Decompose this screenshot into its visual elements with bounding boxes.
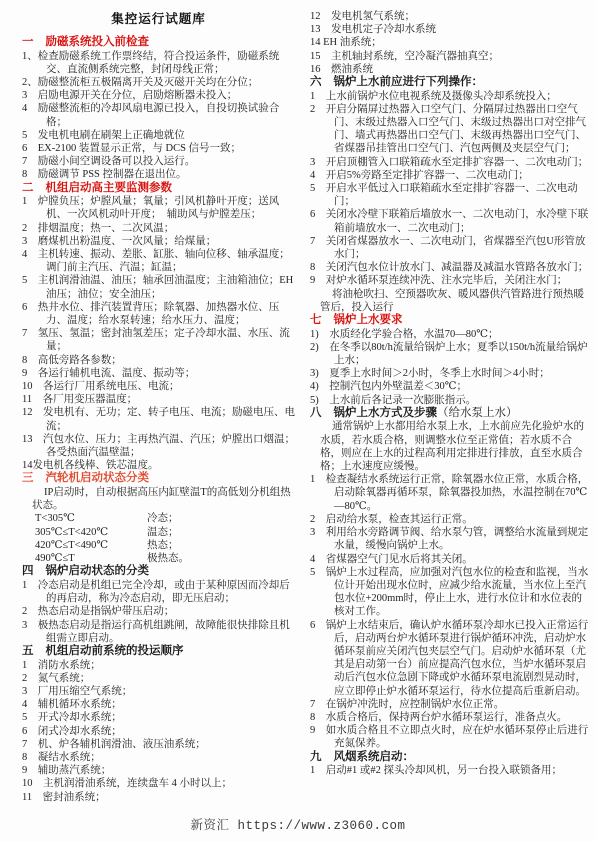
list-item: 5 开式冷却水系统； xyxy=(22,711,295,724)
list-item: 13 汽包水位、压力；主再热汽温、汽压；炉膛出口烟温；各受热面汽温壁温； xyxy=(22,433,295,459)
list-item: 3 厂用压缩空气系统； xyxy=(22,685,295,698)
section-number: 六 xyxy=(310,76,322,90)
section-title: 锅炉上水方式及步骤 xyxy=(334,407,438,419)
list-item: 3) 夏季上水时间＞2小时，冬季上水时间＞4小时； xyxy=(310,367,590,380)
list-item: 9 各运行辅机电流、温度、振动等； xyxy=(22,367,295,380)
section-number: 一 xyxy=(22,36,34,50)
section-title: 励磁系统投入前检查 xyxy=(46,36,150,48)
left-column: 一励磁系统投入前检查1、检查励磁系统工作票终结，符合投运条件，励磁系统交、直流侧… xyxy=(22,36,295,804)
temp-condition: T<305℃ xyxy=(35,512,147,525)
section-title: 锅炉上水要求 xyxy=(334,314,403,326)
list-item: 8 凝结水系统； xyxy=(22,751,295,764)
list-item: 10 主机润滑油系统，连续盘车 4 小时以上； xyxy=(22,777,295,790)
section-title-suffix: （给水泵上水） xyxy=(437,407,518,419)
right-column: 12 发电机氢气系统；13 发电机定子冷却水系统14 EH 油系统；15 主机轴… xyxy=(310,10,590,777)
list-item: 2 开启分隔屏过热器入口空气门、分隔屏过热器出口空气门、末级过热器入口空气门、末… xyxy=(310,103,590,156)
list-item: 4 开启5%旁路至定排扩容器一、二次电动门； xyxy=(310,169,590,182)
list-item: 15 主机轴封系统，空冷凝汽器抽真空； xyxy=(310,50,590,63)
list-item: 11 各厂用变压器温度； xyxy=(22,393,295,406)
section-title: 风烟系统启动： xyxy=(334,751,415,763)
list-item: 1 冷态启动是机组已完全冷却，或由于某种原因而冷却后的再启动，称为冷态启动，即无… xyxy=(22,579,295,605)
section-heading: 三汽轮机启动状态分类 xyxy=(22,472,295,486)
list-item: 14发电机各线棒、铁芯温度。 xyxy=(22,459,295,472)
section-number: 九 xyxy=(310,751,322,765)
section-heading: 四锅炉启动状态的分类 xyxy=(22,565,295,579)
list-item: 5 主机润滑油温、油压；轴承回油温度；主油箱油位；EH油压；油位；安全油压； xyxy=(22,274,295,300)
list-item: 5 锅炉上水过程高，应加强对汽包水位的检查和监视，当水位计开始出现水位时，应减少… xyxy=(310,566,590,619)
list-item: 7 关闭省煤器放水一、二次电动门，省煤器至汽包U形管放水门； xyxy=(310,235,590,261)
section-number: 三 xyxy=(22,472,34,486)
list-item: 7 氢压、氢温；密封油氢差压；定子冷却水温、水压、流量； xyxy=(22,327,295,353)
list-item: 5) 上水前后各记录一次膨胀指示。 xyxy=(310,394,590,407)
list-item: 3 利用给水旁路调节阀、给水泵勺管，调整给水流量到规定水量，缓慢向锅炉上水。 xyxy=(310,526,590,552)
list-item: 7 在锅炉冲洗时，应控制锅炉水位正常。 xyxy=(310,698,590,711)
watermark-footer: 新资汇 https://www.z3060.com xyxy=(0,815,596,833)
list-item: 7 励磁小间空调设备可以投入运行。 xyxy=(22,155,295,168)
list-item: 1、检查励磁系统工作票终结，符合投运条件，励磁系统交、直流侧系统完整，封闭母线正… xyxy=(22,50,295,76)
list-item: T<305℃冷态； xyxy=(22,512,295,525)
list-item: 14 EH 油系统； xyxy=(310,36,590,49)
section-number: 七 xyxy=(310,314,322,328)
section-heading: 一励磁系统投入前检查 xyxy=(22,36,295,50)
section-title: 机组启动前系统的投运顺序 xyxy=(46,645,184,657)
section-number: 八 xyxy=(310,407,322,421)
list-item: 8 高低旁路各参数； xyxy=(22,354,295,367)
list-item: 16 燃油系统 xyxy=(310,63,590,76)
list-item: 通常锅炉上水都用给水泵上水，上水前应先化验炉水的水质，若水质合格，则调整水位至正… xyxy=(310,420,590,473)
list-item: 13 发电机定子冷却水系统 xyxy=(310,23,590,36)
section-title: 机组启动高主要监测参数 xyxy=(46,182,173,194)
temp-condition: 490℃≤T xyxy=(35,552,147,565)
list-item: 10 各运行厂用系统电压、电流； xyxy=(22,380,295,393)
list-item: 1 启动#1 或#2 探头冷却风机，另一台投入联锁备用； xyxy=(310,764,590,777)
list-item: 6 锅炉上水结束后，确认炉水循环泵冷却水已投入正常运行后，启动两台炉水循环泵进行… xyxy=(310,619,590,698)
list-item: 2) 在冬季以80t/h流量给锅炉上水；夏季以150t/h流量给锅炉上水； xyxy=(310,341,590,367)
list-item: 8 关闭汽包水位计放水门、减温器及减温水管路各放水门； xyxy=(310,261,590,274)
section-heading: 八锅炉上水方式及步骤（给水泵上水） xyxy=(310,407,590,421)
list-item: 4) 控制汽包内外壁温差＜30℃； xyxy=(310,380,590,393)
list-item: 5 发电机电刷在刷架上正确地就位 xyxy=(22,129,295,142)
list-item: 3 开启顶棚管入口联箱疏水至定排扩容器一、二次电动门； xyxy=(310,156,590,169)
list-item: 6 关闭水冷壁下联箱后墙放水一、二次电动门，水冷壁下联箱前墙放水一、二次电动门； xyxy=(310,208,590,234)
list-item: 7 机、炉各辅机润滑油、液压油系统； xyxy=(22,738,295,751)
list-item: 5 开启水平低过入口联箱疏水至定排扩容器一、二次电动门； xyxy=(310,182,590,208)
list-item: 2 排烟温度；热一、二次风温； xyxy=(22,222,295,235)
list-item: 6 热井水位、排汽装置背压；除氧器、加热器水位、压力、温度；给水泵转速；给水压力… xyxy=(22,301,295,327)
list-item: 8 水质合格后，保持两台炉水循环泵运行，准备点火。 xyxy=(310,711,590,724)
section-title: 锅炉启动状态的分类 xyxy=(46,565,150,577)
list-item: 1 上水前锅炉水位电视系统及摄像头冷却系统投入； xyxy=(310,90,590,103)
temp-state: 温态； xyxy=(147,527,179,538)
list-item: 2 氮气系统； xyxy=(22,672,295,685)
temp-state: 热态； xyxy=(147,540,179,551)
list-item: 1 消防水系统； xyxy=(22,659,295,672)
list-item: IP启动时，自动根据高压内缸壁温T的高低划分机组热状态。 xyxy=(22,486,295,512)
section-title: 锅炉上水前应进行下列操作： xyxy=(334,76,484,88)
section-title: 汽轮机启动状态分类 xyxy=(46,472,150,484)
list-item: 2、励磁整流柜五极隔离开关及灭磁开关均在分位； xyxy=(22,76,295,89)
list-item: 1 检查凝结水系统运行正常，除氧器水位正常，水质合格，启动除氧器再循环泵，除氧器… xyxy=(310,473,590,513)
list-item: 1 炉膛负压；炉膛风量；氧量；引风机静叶开度；送风机、一次风机动叶开度； 辅助风… xyxy=(22,195,295,221)
list-item: 9 如水质合格且不立即点火时，应在炉水循环泵停止后进行充氮保养。 xyxy=(310,724,590,750)
list-item: 9 对炉水循环泵连续冲洗、注水完毕后，关闭注水门； xyxy=(310,274,590,287)
list-item: 11 密封油系统； xyxy=(22,791,295,804)
section-heading: 九风烟系统启动： xyxy=(310,751,590,765)
temp-condition: 305℃≤T<420℃ xyxy=(35,526,147,539)
list-item: 2 热态启动是指锅炉带压启动； xyxy=(22,605,295,618)
list-item: 6 EX-2100 装置显示正常，与 DCS 信号一致； xyxy=(22,142,295,155)
list-item: 305℃≤T<420℃温态； xyxy=(22,526,295,539)
list-item: 4 省煤器空气门见水后将其关闭。 xyxy=(310,553,590,566)
temp-condition: 420℃≤T<490℃ xyxy=(35,539,147,552)
list-item: 1) 水质经化学验合格，水温70—80℃； xyxy=(310,328,590,341)
temp-state: 极热态。 xyxy=(147,553,189,564)
list-item: 4 辅机循环水系统； xyxy=(22,698,295,711)
section-heading: 二机组启动高主要监测参数 xyxy=(22,182,295,196)
list-item: 将油枪吹扫、空预器吹灰、暖风器供汽管路进行预热暖管后，投入运行 xyxy=(310,288,590,314)
list-item: 12 发电机氢气系统； xyxy=(310,10,590,23)
list-item: 3 启励电源开关在分位，启励熔断器未投入； xyxy=(22,89,295,102)
temp-state: 冷态； xyxy=(147,513,179,524)
section-number: 二 xyxy=(22,182,34,196)
section-heading: 七锅炉上水要求 xyxy=(310,314,590,328)
list-item: 420℃≤T<490℃热态； xyxy=(22,539,295,552)
watermark-text: 新资汇 https://www.z3060.com xyxy=(190,819,405,833)
list-item: 3 极热态启动是指运行高机组跳闸，故障能很快排除且机组需立即启动。 xyxy=(22,619,295,645)
list-item: 4 主机转速、振动、差胀、缸胀、轴向位移、轴承温度；调门前主汽压、汽温；缸温； xyxy=(22,248,295,274)
list-item: 3 磨煤机出粉温度、一次风量；给煤量； xyxy=(22,235,295,248)
document-title: 集控运行试题库 xyxy=(22,9,295,27)
list-item: 490℃≤T极热态。 xyxy=(22,552,295,565)
list-item: 2 启动给水泵，检查其运行正常。 xyxy=(310,513,590,526)
list-item: 9 辅助蒸汽系统； xyxy=(22,764,295,777)
section-heading: 五机组启动前系统的投运顺序 xyxy=(22,645,295,659)
section-number: 四 xyxy=(22,565,34,579)
list-item: 12 发电机有、无功；定、转子电压、电流；励磁电压、电流； xyxy=(22,406,295,432)
list-item: 6 闭式冷却水系统； xyxy=(22,725,295,738)
list-item: 4 励磁整流柜的冷却风扇电源已投入，自投切换试验合格； xyxy=(22,102,295,128)
list-item: 8 励磁调节 PSS 控制器在退出位。 xyxy=(22,168,295,181)
section-number: 五 xyxy=(22,645,34,659)
document-page: 集控运行试题库 一励磁系统投入前检查1、检查励磁系统工作票终结，符合投运条件，励… xyxy=(0,0,596,842)
section-heading: 六锅炉上水前应进行下列操作： xyxy=(310,76,590,90)
